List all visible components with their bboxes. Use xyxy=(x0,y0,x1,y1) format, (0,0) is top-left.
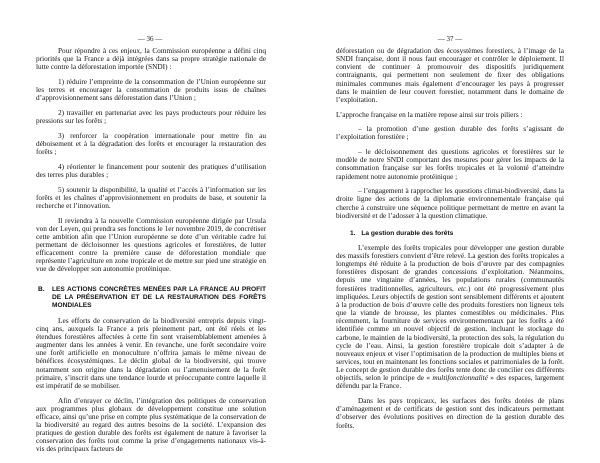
section-heading-b: B. LES ACTIONS CONCRÈTES MENÉES PAR LA F… xyxy=(36,286,266,310)
paragraph: Afin d’enrayer ce déclin, l’intégration … xyxy=(36,397,266,454)
paragraph-continued: déforestation ou de dégradation des écos… xyxy=(336,47,564,104)
priority-item-4: 4) réorienter le financement pour souten… xyxy=(36,163,266,179)
paragraph: L’exemple des forêts tropicales pour dév… xyxy=(336,244,564,391)
page-number: — 36 — xyxy=(0,35,300,43)
heading-label: B. xyxy=(36,286,52,310)
page-37: — 37 — déforestation ou de dégradation d… xyxy=(300,0,600,463)
page-number: — 37 — xyxy=(300,35,600,43)
priority-item-3: 3) renforcer la coopération internationa… xyxy=(36,132,266,156)
paragraph: Les efforts de conservation de la biodiv… xyxy=(36,317,266,390)
priority-item-2: 2) travailler en partenariat avec les pa… xyxy=(36,109,266,125)
heading-text: LES ACTIONS CONCRÈTES MENÉES PAR LA FRAN… xyxy=(52,286,266,310)
priority-item-5: 5) soutenir la disponibilité, la qualité… xyxy=(36,186,266,210)
paragraph: Pour répondre à ces enjeux, la Commissio… xyxy=(36,47,266,71)
heading-label: 1. xyxy=(350,230,356,237)
priority-item-1: 1) réduire l’empreinte de la consommatio… xyxy=(36,78,266,102)
paragraph: Dans les pays tropicaux, les surfaces de… xyxy=(336,397,564,430)
page-36: — 36 — Pour répondre à ces enjeux, la Co… xyxy=(0,0,300,463)
section-heading-1: 1. La gestion durable des forêts xyxy=(350,230,564,238)
heading-text: La gestion durable des forêts xyxy=(361,230,453,237)
italic-text: multifonctionnalité xyxy=(432,373,488,382)
pillar-item-1: – la promotion d’une gestion durable des… xyxy=(336,125,564,141)
text-column: déforestation ou de dégradation des écos… xyxy=(336,47,564,436)
paragraph: L’approche française en la matière repos… xyxy=(336,111,564,119)
pillar-item-2: – le décloisonnement des questions agric… xyxy=(336,148,564,181)
text-run: ) ont été progressivement plus impliquée… xyxy=(336,284,564,383)
text-column: Pour répondre à ces enjeux, la Commissio… xyxy=(36,47,266,460)
paragraph: Il reviendra à la nouvelle Commission eu… xyxy=(36,217,266,274)
pillar-item-3: – l’engagement à rapprocher les question… xyxy=(336,187,564,220)
